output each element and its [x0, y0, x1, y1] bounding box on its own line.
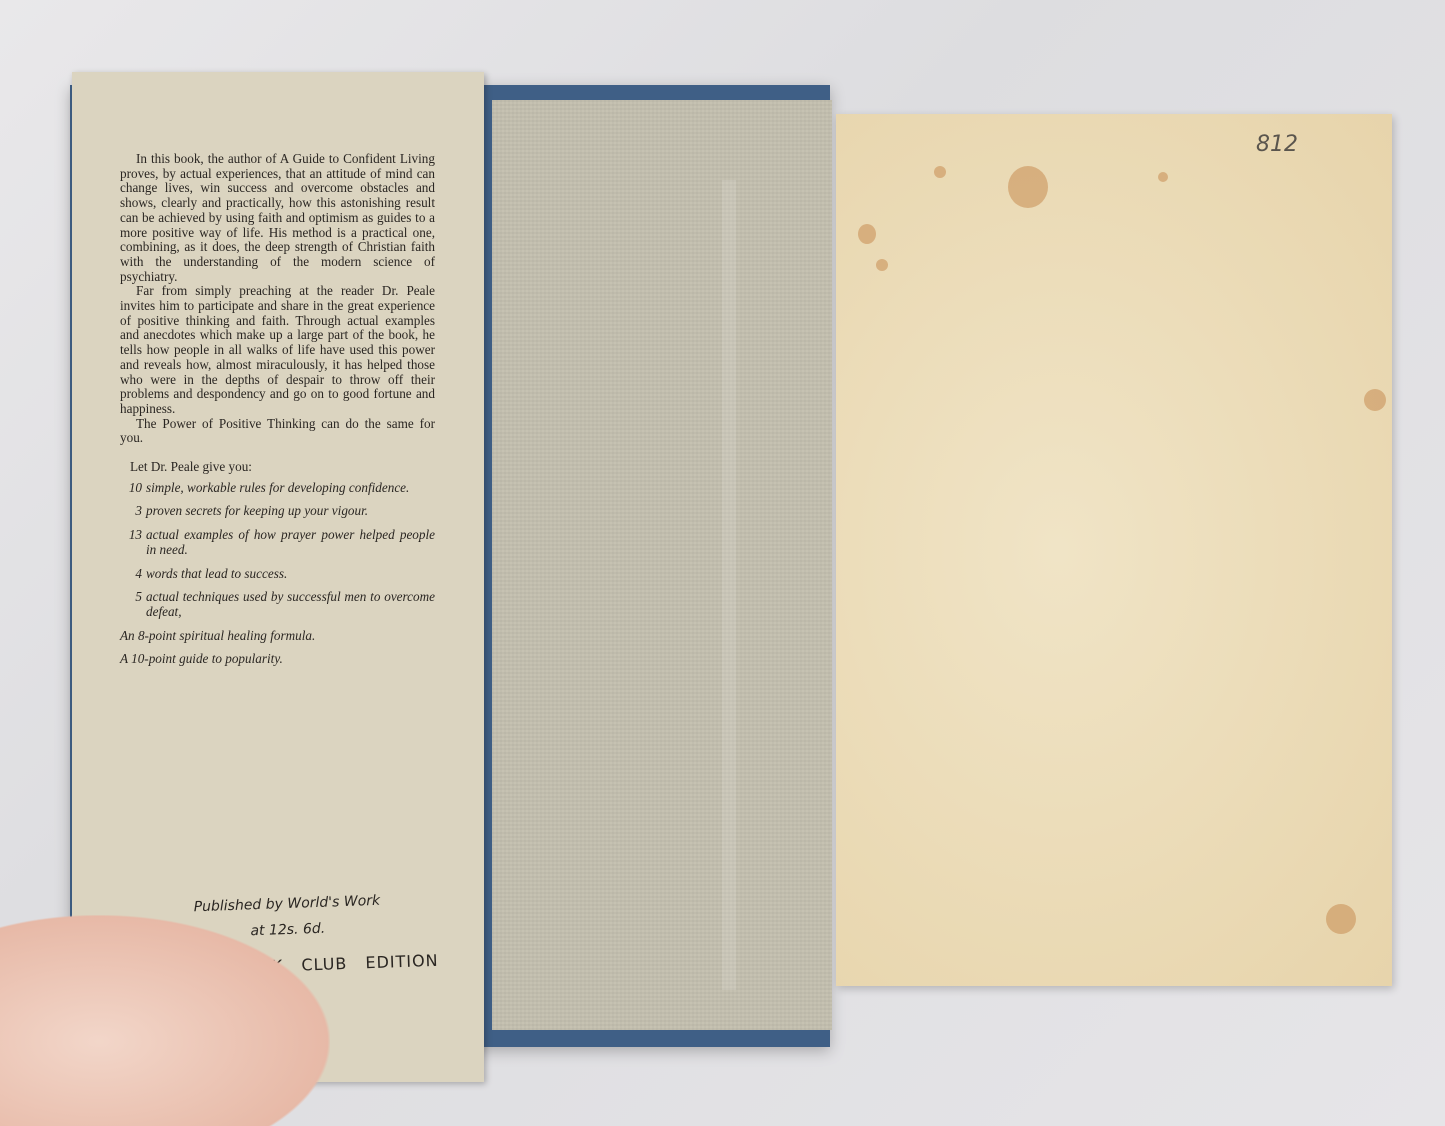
- foxing-stain: [858, 224, 876, 244]
- handwritten-note: 812: [1256, 132, 1298, 157]
- benefits-list: 10simple, workable rules for developing …: [120, 481, 435, 667]
- list-item: 5actual techniques used by successful me…: [120, 590, 435, 619]
- publisher-line: Published by World's Work: [137, 891, 437, 917]
- list-item: 13actual examples of how prayer power he…: [120, 528, 435, 557]
- foxing-stain: [1008, 166, 1048, 208]
- list-lead: Let Dr. Peale give you:: [120, 460, 435, 475]
- list-item: A 10-point guide to popularity.: [120, 652, 435, 667]
- list-item: 4words that lead to success.: [120, 567, 435, 582]
- endpaper-crease: [722, 180, 736, 990]
- foxing-stain: [934, 166, 946, 178]
- foxing-stain: [1364, 389, 1386, 411]
- foxing-stain: [1326, 904, 1356, 934]
- list-item: 10simple, workable rules for developing …: [120, 481, 435, 496]
- foxing-stain: [1158, 172, 1168, 182]
- blurb-paragraph-3: The Power of Positive Thinking can do th…: [120, 417, 435, 446]
- foxing-stain: [876, 259, 888, 271]
- blurb: In this book, the author of A Guide to C…: [120, 152, 435, 676]
- blurb-paragraph-2: Far from simply preaching at the reader …: [120, 284, 435, 416]
- first-page: 812: [836, 114, 1392, 986]
- holding-hand: [0, 915, 330, 1126]
- blurb-paragraph-1: In this book, the author of A Guide to C…: [120, 152, 435, 284]
- list-item: 3proven secrets for keeping up your vigo…: [120, 504, 435, 519]
- endpaper: [492, 100, 832, 1030]
- list-item: An 8-point spiritual healing formula.: [120, 629, 435, 644]
